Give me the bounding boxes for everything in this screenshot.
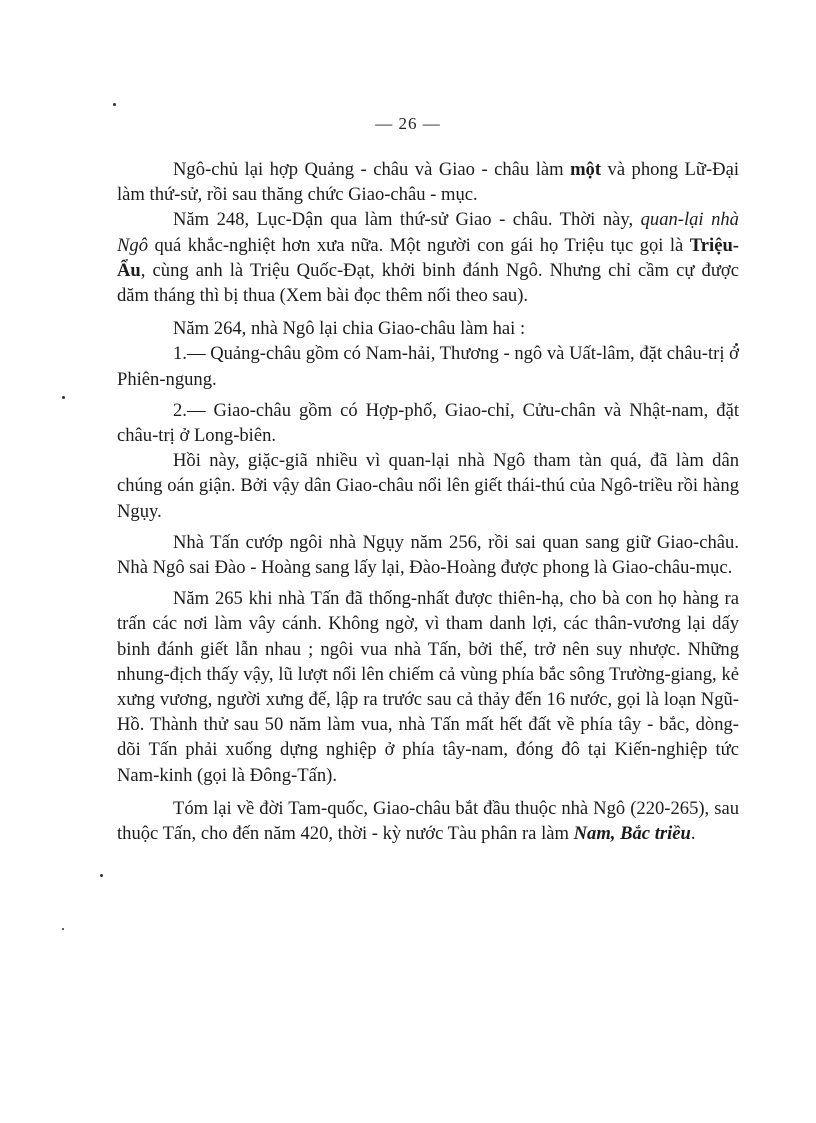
page-number: — 26 —: [0, 114, 816, 134]
text-segment: , cùng anh là Triệu Quốc-Đạt, khởi binh …: [117, 260, 739, 306]
paragraph-7: Nhà Tấn cướp ngôi nhà Ngụy năm 256, rồi …: [117, 530, 739, 580]
text-segment: .: [691, 823, 696, 844]
text-segment: Năm 265 khi nhà Tấn đã thống-nhất được t…: [117, 588, 739, 785]
document-page: — 26 — Ngô-chủ lại hợp Quảng - châu và G…: [0, 0, 816, 1123]
text-segment: Ngô-chủ lại hợp Quảng - châu và Giao - c…: [173, 159, 570, 180]
scan-speck: [113, 103, 116, 106]
text-segment: quá khắc-nghiệt hơn xưa nữa. Một người c…: [148, 235, 690, 256]
paragraph-3: Năm 264, nhà Ngô lại chia Giao-châu làm …: [117, 316, 739, 341]
text-segment: Năm 248, Lục-Dận qua làm thứ-sử Giao - c…: [173, 209, 641, 230]
scan-speck: [100, 874, 103, 877]
text-segment: 1.— Quảng-châu gồm có Nam-hải, Thương - …: [117, 343, 739, 389]
paragraph-2: Năm 248, Lục-Dận qua làm thứ-sử Giao - c…: [117, 207, 739, 308]
paragraph-5: 2.— Giao-châu gồm có Hợp-phố, Giao-chỉ, …: [117, 398, 739, 448]
paragraph-4: 1.— Quảng-châu gồm có Nam-hải, Thương - …: [117, 341, 739, 391]
scan-speck: [735, 343, 738, 346]
text-segment: Nhà Tấn cướp ngôi nhà Ngụy năm 256, rồi …: [117, 532, 739, 578]
paragraph-1: Ngô-chủ lại hợp Quảng - châu và Giao - c…: [117, 157, 739, 207]
text-segment: Năm 264, nhà Ngô lại chia Giao-châu làm …: [173, 318, 525, 339]
text-segment-bold: một: [570, 159, 601, 180]
paragraph-8: Năm 265 khi nhà Tấn đã thống-nhất được t…: [117, 586, 739, 788]
scan-speck: [62, 928, 64, 930]
text-segment-bold-italic: Nam, Bắc triều: [574, 823, 691, 844]
body-text: Ngô-chủ lại hợp Quảng - châu và Giao - c…: [117, 157, 739, 846]
paragraph-9: Tóm lại về đời Tam-quốc, Giao-châu bắt đ…: [117, 796, 739, 846]
scan-speck: [62, 396, 65, 399]
text-segment: 2.— Giao-châu gồm có Hợp-phố, Giao-chỉ, …: [117, 400, 739, 446]
paragraph-6: Hồi này, giặc-giã nhiều vì quan-lại nhà …: [117, 448, 739, 524]
text-segment: Hồi này, giặc-giã nhiều vì quan-lại nhà …: [117, 450, 739, 521]
